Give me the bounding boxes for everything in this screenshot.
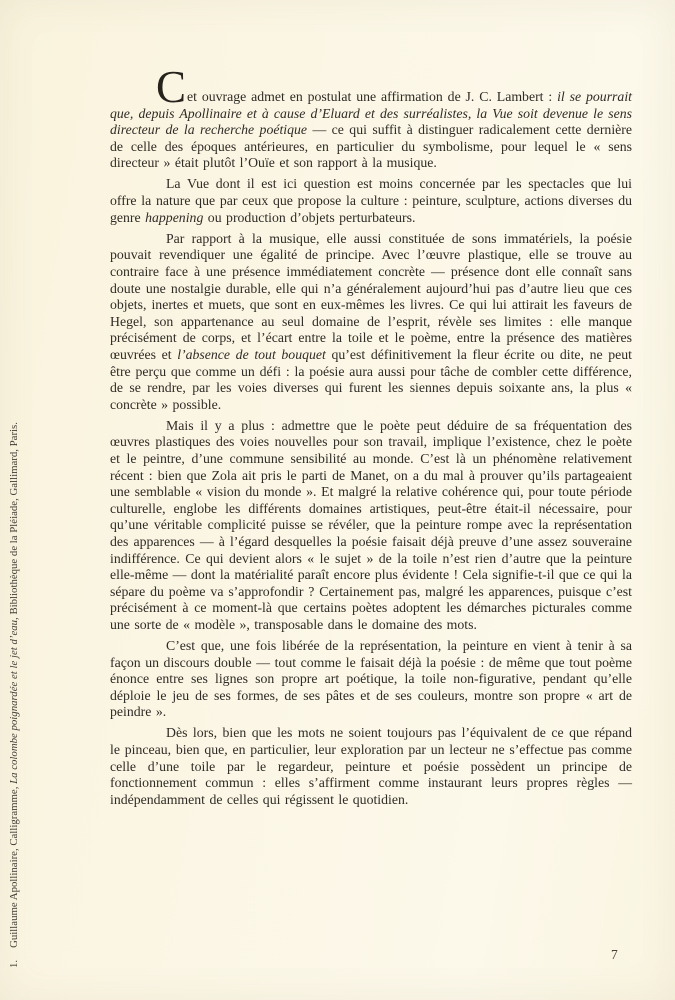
page-number: 7: [611, 947, 618, 963]
italic-segment: happening: [145, 210, 203, 225]
text-segment: Mais il y a plus : admettre que le poète…: [110, 418, 632, 632]
margin-footnote: 1.Guillaume Apollinaire, Calligramme, La…: [8, 356, 21, 968]
footnote-number: 1.: [8, 960, 21, 968]
italic-segment: l’absence de tout bouquet: [177, 347, 326, 362]
footnote-text: , Bibliothèque de la Pléiade, Gallimard,…: [8, 422, 20, 620]
drop-cap: C: [156, 62, 187, 112]
main-text-block: Cet ouvrage admet en postulat une affirm…: [110, 86, 632, 813]
body-paragraph: Mais il y a plus : admettre que le poète…: [110, 418, 632, 634]
text-segment: et ouvrage admet en postulat une affirma…: [187, 89, 557, 104]
footnote-text: Guillaume Apollinaire, Calligramme,: [8, 784, 20, 948]
text-segment: Par rapport à la musique, elle aussi con…: [110, 231, 632, 362]
body-paragraph: La Vue dont il est ici question est moin…: [110, 176, 632, 226]
text-segment: Dès lors, bien que les mots ne soient to…: [110, 725, 632, 806]
footnote-title-italic: La colombe poignardée et le jet d’eau: [8, 620, 20, 784]
body-paragraph: Cet ouvrage admet en postulat une affirm…: [110, 86, 632, 172]
scanned-book-page: Cet ouvrage admet en postulat une affirm…: [0, 0, 675, 1000]
body-paragraph: Dès lors, bien que les mots ne soient to…: [110, 725, 632, 808]
text-segment: C’est que, une fois libérée de la représ…: [110, 638, 632, 719]
body-paragraph: C’est que, une fois libérée de la représ…: [110, 638, 632, 721]
text-segment: ou production d’objets perturbateurs.: [203, 210, 415, 225]
body-paragraph: Par rapport à la musique, elle aussi con…: [110, 231, 632, 414]
